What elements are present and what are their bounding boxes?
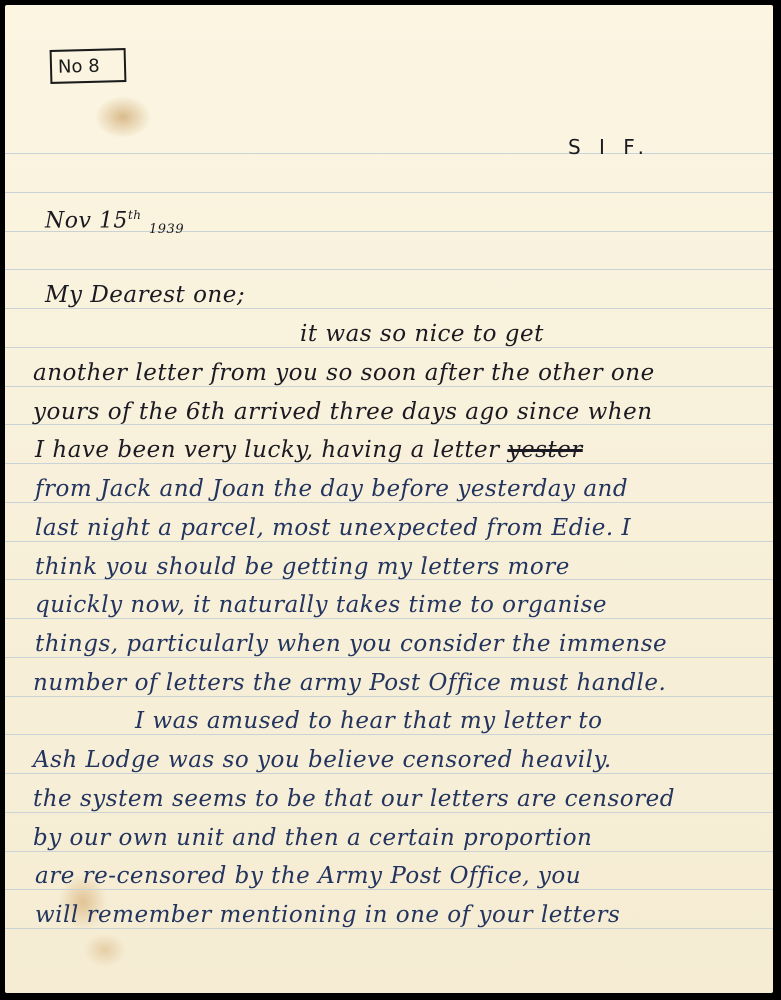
ruled-line <box>5 657 773 658</box>
body-line: things, particularly when you consider t… <box>35 631 667 657</box>
body-line-text: I have been very lucky, having a letter <box>35 437 500 463</box>
ruled-line <box>5 386 773 387</box>
letter-number: No 8 <box>58 55 100 77</box>
body-line: Ash Lodge was so you believe censored he… <box>33 747 612 773</box>
body-line: the system seems to be that our letters … <box>33 786 675 812</box>
salutation: My Dearest one; <box>45 282 245 308</box>
ruled-line <box>5 773 773 774</box>
body-line: quickly now, it naturally takes time to … <box>35 592 607 618</box>
ruled-line <box>5 153 773 154</box>
date-month: Nov <box>45 208 91 233</box>
ruled-line <box>5 192 773 193</box>
ruled-line <box>5 347 773 348</box>
ruled-line <box>5 734 773 735</box>
body-line: I have been very lucky, having a letter … <box>35 437 583 463</box>
ruled-line <box>5 889 773 890</box>
letter-page: No 8 S I F. Nov 15th 1939 My Dearest one… <box>5 5 773 993</box>
body-line: think you should be getting my letters m… <box>35 554 570 580</box>
place-header: S I F. <box>568 135 650 159</box>
ruled-line <box>5 308 773 309</box>
ruled-line <box>5 541 773 542</box>
ruled-line <box>5 928 773 929</box>
letter-number-box: No 8 <box>50 48 127 84</box>
ruled-line <box>5 269 773 270</box>
date-day: 15 <box>99 208 128 233</box>
ruled-line <box>5 851 773 852</box>
struck-word: yester <box>507 437 582 463</box>
ruled-line <box>5 463 773 464</box>
ruled-line <box>5 502 773 503</box>
ruled-line <box>5 812 773 813</box>
ruled-line <box>5 696 773 697</box>
body-line: number of letters the army Post Office m… <box>33 670 666 696</box>
body-line: I was amused to hear that my letter to <box>135 708 602 734</box>
letter-date: Nov 15th 1939 <box>45 208 184 233</box>
date-suffix: th <box>128 208 142 222</box>
body-line: last night a parcel, most unexpected fro… <box>35 515 631 541</box>
body-line: by our own unit and then a certain propo… <box>33 825 592 851</box>
date-year: 1939 <box>149 222 184 237</box>
body-line: yours of the 6th arrived three days ago … <box>33 399 653 425</box>
body-line: are re-censored by the Army Post Office,… <box>35 863 581 889</box>
ruled-line <box>5 618 773 619</box>
body-line: from Jack and Joan the day before yester… <box>35 476 628 502</box>
body-line: it was so nice to get <box>300 321 544 347</box>
body-line: another letter from you so soon after th… <box>33 360 655 386</box>
body-line: will remember mentioning in one of your … <box>35 902 620 928</box>
